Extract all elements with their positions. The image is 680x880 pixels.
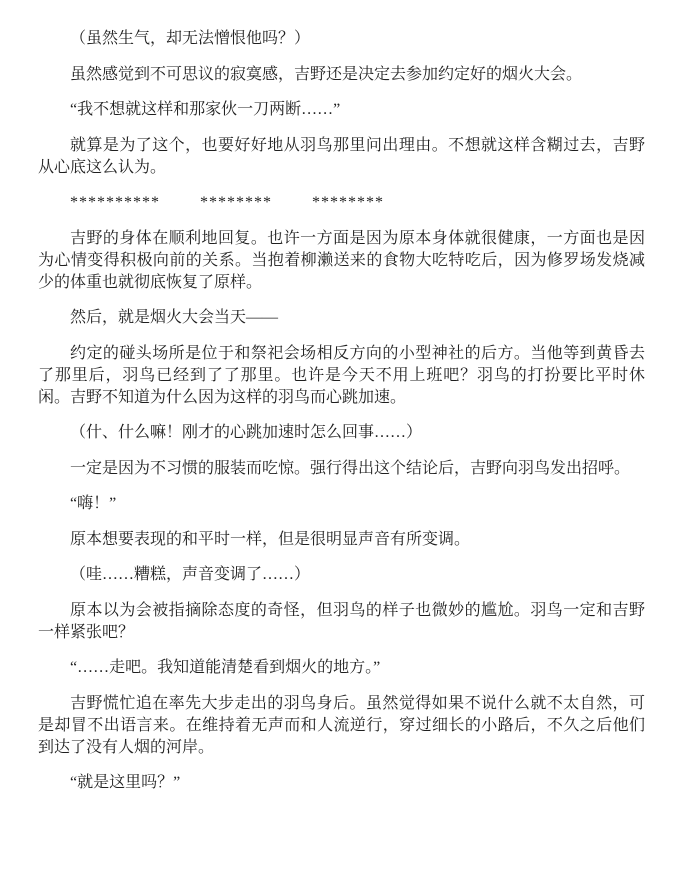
inner-thought-paragraph: （虽然生气，却无法憎恨他吗？） xyxy=(38,28,645,50)
narration-paragraph: 吉野慌忙追在率先大步走出的羽鸟身后。虽然觉得如果不说什么就不太自然，可是却冒不出… xyxy=(38,693,645,759)
narration-paragraph: 一定是因为不习惯的服装而吃惊。强行得出这个结论后，吉野向羽鸟发出招呼。 xyxy=(38,458,645,480)
novel-text-page: （虽然生气，却无法憎恨他吗？） 虽然感觉到不可思议的寂寞感，吉野还是决定去参加约… xyxy=(0,0,680,880)
dialogue-paragraph: “嗨！” xyxy=(38,493,645,515)
narration-paragraph: 约定的碰头场所是位于和祭祀会场相反方向的小型神社的后方。当他等到黄昏去了那里后，… xyxy=(38,343,645,409)
narration-paragraph: 就算是为了这个，也要好好地从羽鸟那里问出理由。不想就这样含糊过去，吉野从心底这么… xyxy=(38,135,645,179)
dialogue-paragraph: “……走吧。我知道能清楚看到烟火的地方。” xyxy=(38,657,645,679)
narration-paragraph: 吉野的身体在顺利地回复。也许一方面是因为原本身体就很健康，一方面也是因为心情变得… xyxy=(38,228,645,294)
inner-thought-paragraph: （什、什么嘛！刚才的心跳加速时怎么回事……） xyxy=(38,422,645,444)
narration-paragraph: 原本想要表现的和平时一样，但是很明显声音有所变调。 xyxy=(38,529,645,551)
narration-paragraph: 原本以为会被指摘除态度的奇怪，但羽鸟的样子也微妙的尴尬。羽鸟一定和吉野一样紧张吧… xyxy=(38,600,645,644)
narration-paragraph: 虽然感觉到不可思议的寂寞感，吉野还是决定去参加约定好的烟火大会。 xyxy=(38,64,645,86)
dialogue-paragraph: “我不想就这样和那家伙一刀两断……” xyxy=(38,99,645,121)
inner-thought-paragraph: （哇……糟糕，声音变调了……） xyxy=(38,564,645,586)
narration-paragraph: 然后，就是烟火大会当天—— xyxy=(38,307,645,329)
scene-break-separator: ********** ******** ******** xyxy=(38,192,645,214)
dialogue-paragraph: “就是这里吗？” xyxy=(38,772,645,794)
